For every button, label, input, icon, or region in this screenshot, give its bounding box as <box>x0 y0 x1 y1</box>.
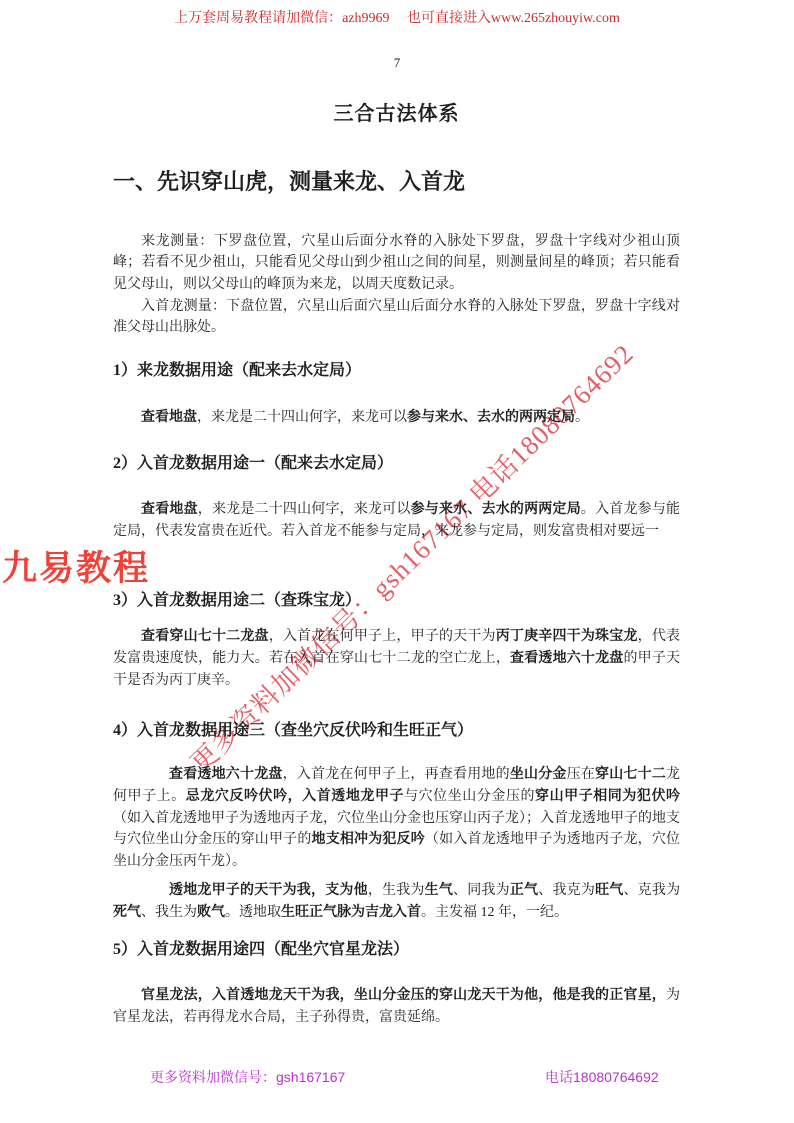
main-heading: 一、先识穿山虎，测量来龙、入首龙 <box>113 168 680 197</box>
document-section: 1）来龙数据用途（配来去水定局）查看地盘，来龙是二十四山何字，来龙可以参与来水、… <box>113 360 680 429</box>
document-content: 三合古法体系 一、先识穿山虎，测量来龙、入首龙 来龙测量：下罗盘位置，穴星山后面… <box>113 0 680 1029</box>
section-heading: 5）入首龙数据用途四（配坐穴官星龙法） <box>113 939 680 960</box>
text-run: 。 <box>575 410 589 425</box>
text-run: 透地龙甲子的天干为我，支为他 <box>169 883 368 898</box>
text-run: 正气 <box>510 883 538 898</box>
paragraph: 查看穿山七十二龙盘，入首龙在何甲子上，甲子的天干为丙丁庚辛四干为珠宝龙，代表发富… <box>113 626 680 691</box>
header-promo-text: 上万套周易教程请加微信：azh9969 也可直接进入www.265zhouyiw… <box>0 7 794 27</box>
paragraph: 查看透地六十龙盘，入首龙在何甲子上，再查看用地的坐山分金压在穿山七十二龙何甲子上… <box>113 764 680 873</box>
text-run: 、同我为 <box>453 883 510 898</box>
paragraph: 查看地盘，来龙是二十四山何字，来龙可以参与来水、去水的两两定局。 <box>113 407 680 429</box>
footer-wechat-contact: 更多资料加微信号：gsh167167 <box>150 1067 345 1087</box>
brand-logo: 九易教程 <box>2 541 150 591</box>
text-run: ，入首龙在何甲子上，再查看用地的 <box>283 767 510 782</box>
document-section: 5）入首龙数据用途四（配坐穴官星龙法）官星龙法，入首透地龙天干为我，坐山分金压的… <box>113 939 680 1028</box>
text-run: 压在 <box>567 767 595 782</box>
text-run: 旺气 <box>595 883 623 898</box>
text-run: ，入首龙在何甲子上，甲子的天干为 <box>269 629 496 644</box>
text-run: 与穴位坐山分金压的 <box>404 789 535 804</box>
text-run: 、克我为 <box>623 883 680 898</box>
text-run: 。透地取 <box>225 905 281 920</box>
section-heading: 3）入首龙数据用途二（查珠宝龙） <box>113 590 680 611</box>
text-run: 、我生为 <box>141 905 197 920</box>
text-run: 死气 <box>113 905 141 920</box>
text-run: 查看地盘 <box>141 410 197 425</box>
text-run: 。主发福 12 年，一纪。 <box>421 905 568 920</box>
text-run: 查看透地六十龙盘 <box>169 767 283 782</box>
section-heading: 4）入首龙数据用途三（查坐穴反伏吟和生旺正气） <box>113 720 680 741</box>
document-section: 2）入首龙数据用途一（配来去水定局）查看地盘，来龙是二十四山何字，来龙可以参与来… <box>113 453 680 542</box>
footer-phone-contact: 电话18080764692 <box>545 1067 659 1087</box>
document-title: 三合古法体系 <box>113 97 680 126</box>
paragraph: 来龙测量：下罗盘位置，穴星山后面分水脊的入脉处下罗盘，罗盘十字线对少祖山顶峰；若… <box>113 231 680 296</box>
text-run: 穿山七十二 <box>595 767 666 782</box>
document-page: 上万套周易教程请加微信：azh9969 也可直接进入www.265zhouyiw… <box>0 0 794 1123</box>
section-heading: 2）入首龙数据用途一（配来去水定局） <box>113 453 680 474</box>
document-section: 3）入首龙数据用途二（查珠宝龙）查看穿山七十二龙盘，入首龙在何甲子上，甲子的天干… <box>113 590 680 691</box>
text-run: 、我克为 <box>538 883 595 898</box>
text-run: 丙丁庚辛四干为珠宝龙 <box>496 629 638 644</box>
paragraph: 查看地盘，来龙是二十四山何字，来龙可以参与来水、去水的两两定局。入首龙参与能定局… <box>113 499 680 542</box>
intro-paragraphs: 来龙测量：下罗盘位置，穴星山后面分水脊的入脉处下罗盘，罗盘十字线对少祖山顶峰；若… <box>113 231 680 340</box>
text-run: ，来龙是二十四山何字，来龙可以 <box>197 410 407 425</box>
section-heading: 1）来龙数据用途（配来去水定局） <box>113 360 680 381</box>
text-run: 地支相冲为犯反吟 <box>312 832 425 847</box>
paragraph: 透地龙甲子的天干为我，支为他，生我为生气、同我为正气、我克为旺气、克我为死气、我… <box>113 880 680 923</box>
text-run: ，生我为 <box>368 883 425 898</box>
section-list: 1）来龙数据用途（配来去水定局）查看地盘，来龙是二十四山何字，来龙可以参与来水、… <box>113 360 680 1029</box>
page-number: 7 <box>0 55 794 71</box>
text-run: 坐山分金 <box>510 767 567 782</box>
text-run: 入首龙测量：下盘位置，穴星山后面穴星山后面分水脊的入脉处下罗盘，罗盘十字线对准父… <box>113 299 680 336</box>
paragraph: 入首龙测量：下盘位置，穴星山后面穴星山后面分水脊的入脉处下罗盘，罗盘十字线对准父… <box>113 296 680 339</box>
text-run: ，来龙是二十四山何字，来龙可以 <box>198 502 411 517</box>
text-run: 忌龙穴反吟伏吟，入首透地龙甲子 <box>186 789 404 804</box>
paragraph: 官星龙法，入首透地龙天干为我，坐山分金压的穿山龙天干为他，他是我的正官星，为官星… <box>113 985 680 1028</box>
text-run: 官星龙法，入首透地龙天干为我，坐山分金压的穿山龙天干为他，他是我的正官星， <box>141 988 666 1003</box>
text-run: 败气 <box>197 905 225 920</box>
text-run: 查看穿山七十二龙盘 <box>141 629 269 644</box>
text-run: 生气 <box>425 883 453 898</box>
text-run: 来龙测量：下罗盘位置，穴星山后面分水脊的入脉处下罗盘，罗盘十字线对少祖山顶峰；若… <box>113 234 680 292</box>
document-section: 4）入首龙数据用途三（查坐穴反伏吟和生旺正气）查看透地六十龙盘，入首龙在何甲子上… <box>113 720 680 923</box>
text-run: 查看透地六十龙盘 <box>510 651 623 666</box>
text-run: 生旺正气脉为吉龙入首 <box>281 905 421 920</box>
text-run: 参与来水、去水的两两定局 <box>411 502 581 517</box>
text-run: 穿山甲子相同为犯伏吟 <box>535 789 680 804</box>
text-run: 参与来水、去水的两两定局 <box>407 410 575 425</box>
text-run: 查看地盘 <box>141 502 198 517</box>
